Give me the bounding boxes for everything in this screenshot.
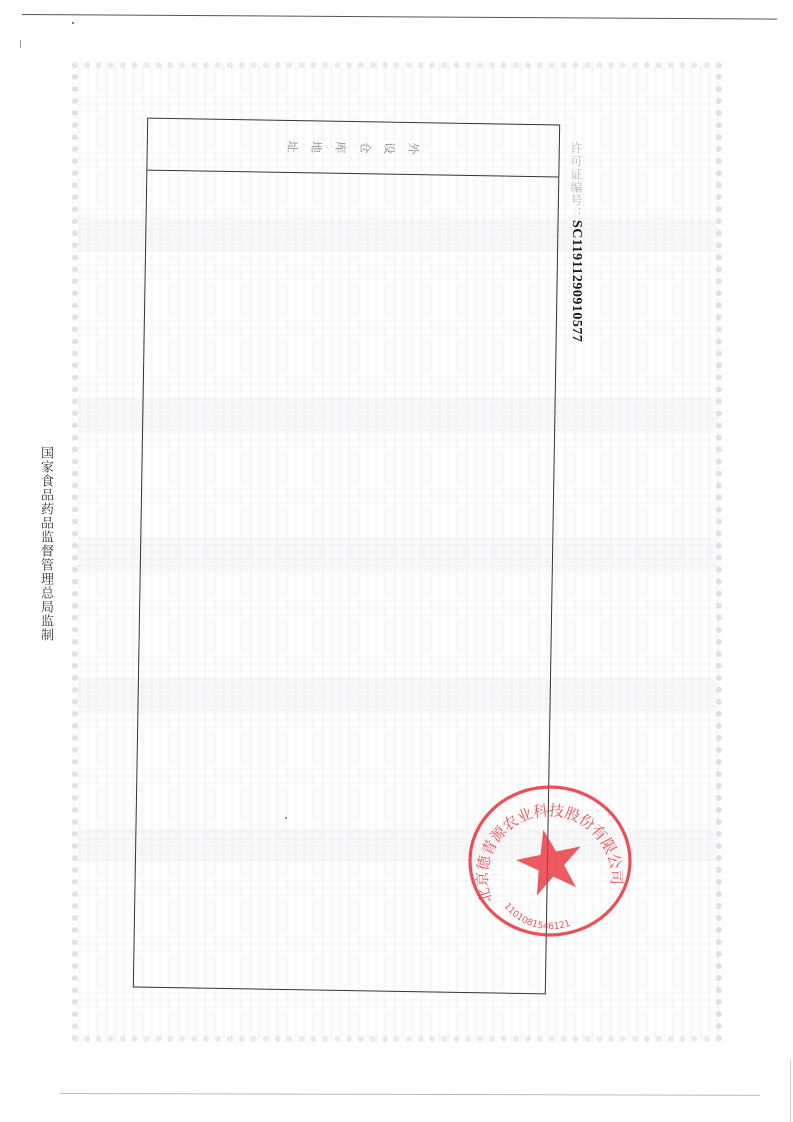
table-header-row: 外 设 仓 库 地 址	[147, 119, 559, 178]
scan-edge	[790, 1060, 791, 1122]
license-number-value: SC11911290910577	[569, 220, 584, 342]
header-char: 仓	[357, 142, 374, 154]
bottom-scan-edge-line	[60, 1093, 760, 1096]
company-seal: 北京德青源农业科技股份有限公司 1101081546121	[462, 781, 636, 941]
top-scan-edge-line	[22, 14, 777, 20]
scan-artifact	[72, 22, 74, 24]
scan-artifact	[20, 40, 21, 48]
header-char: 库	[333, 141, 350, 153]
header-char: 设	[381, 142, 398, 154]
header-char: 外	[405, 142, 422, 154]
header-char: 地	[309, 141, 326, 153]
issuer-text: 国家食品药品监督管理总局监制	[36, 446, 55, 642]
seal-stamp-icon: 北京德青源农业科技股份有限公司 1101081546121	[462, 781, 636, 941]
header-char: 址	[285, 140, 302, 152]
license-number-label: 许可证编号：	[569, 142, 583, 220]
scan-artifact	[285, 817, 287, 819]
license-number-field: 许可证编号：SC11911290910577	[568, 142, 585, 342]
header-label-external-warehouse-address: 外 设 仓 库 地 址	[287, 138, 419, 157]
seal-star-icon	[511, 823, 589, 898]
